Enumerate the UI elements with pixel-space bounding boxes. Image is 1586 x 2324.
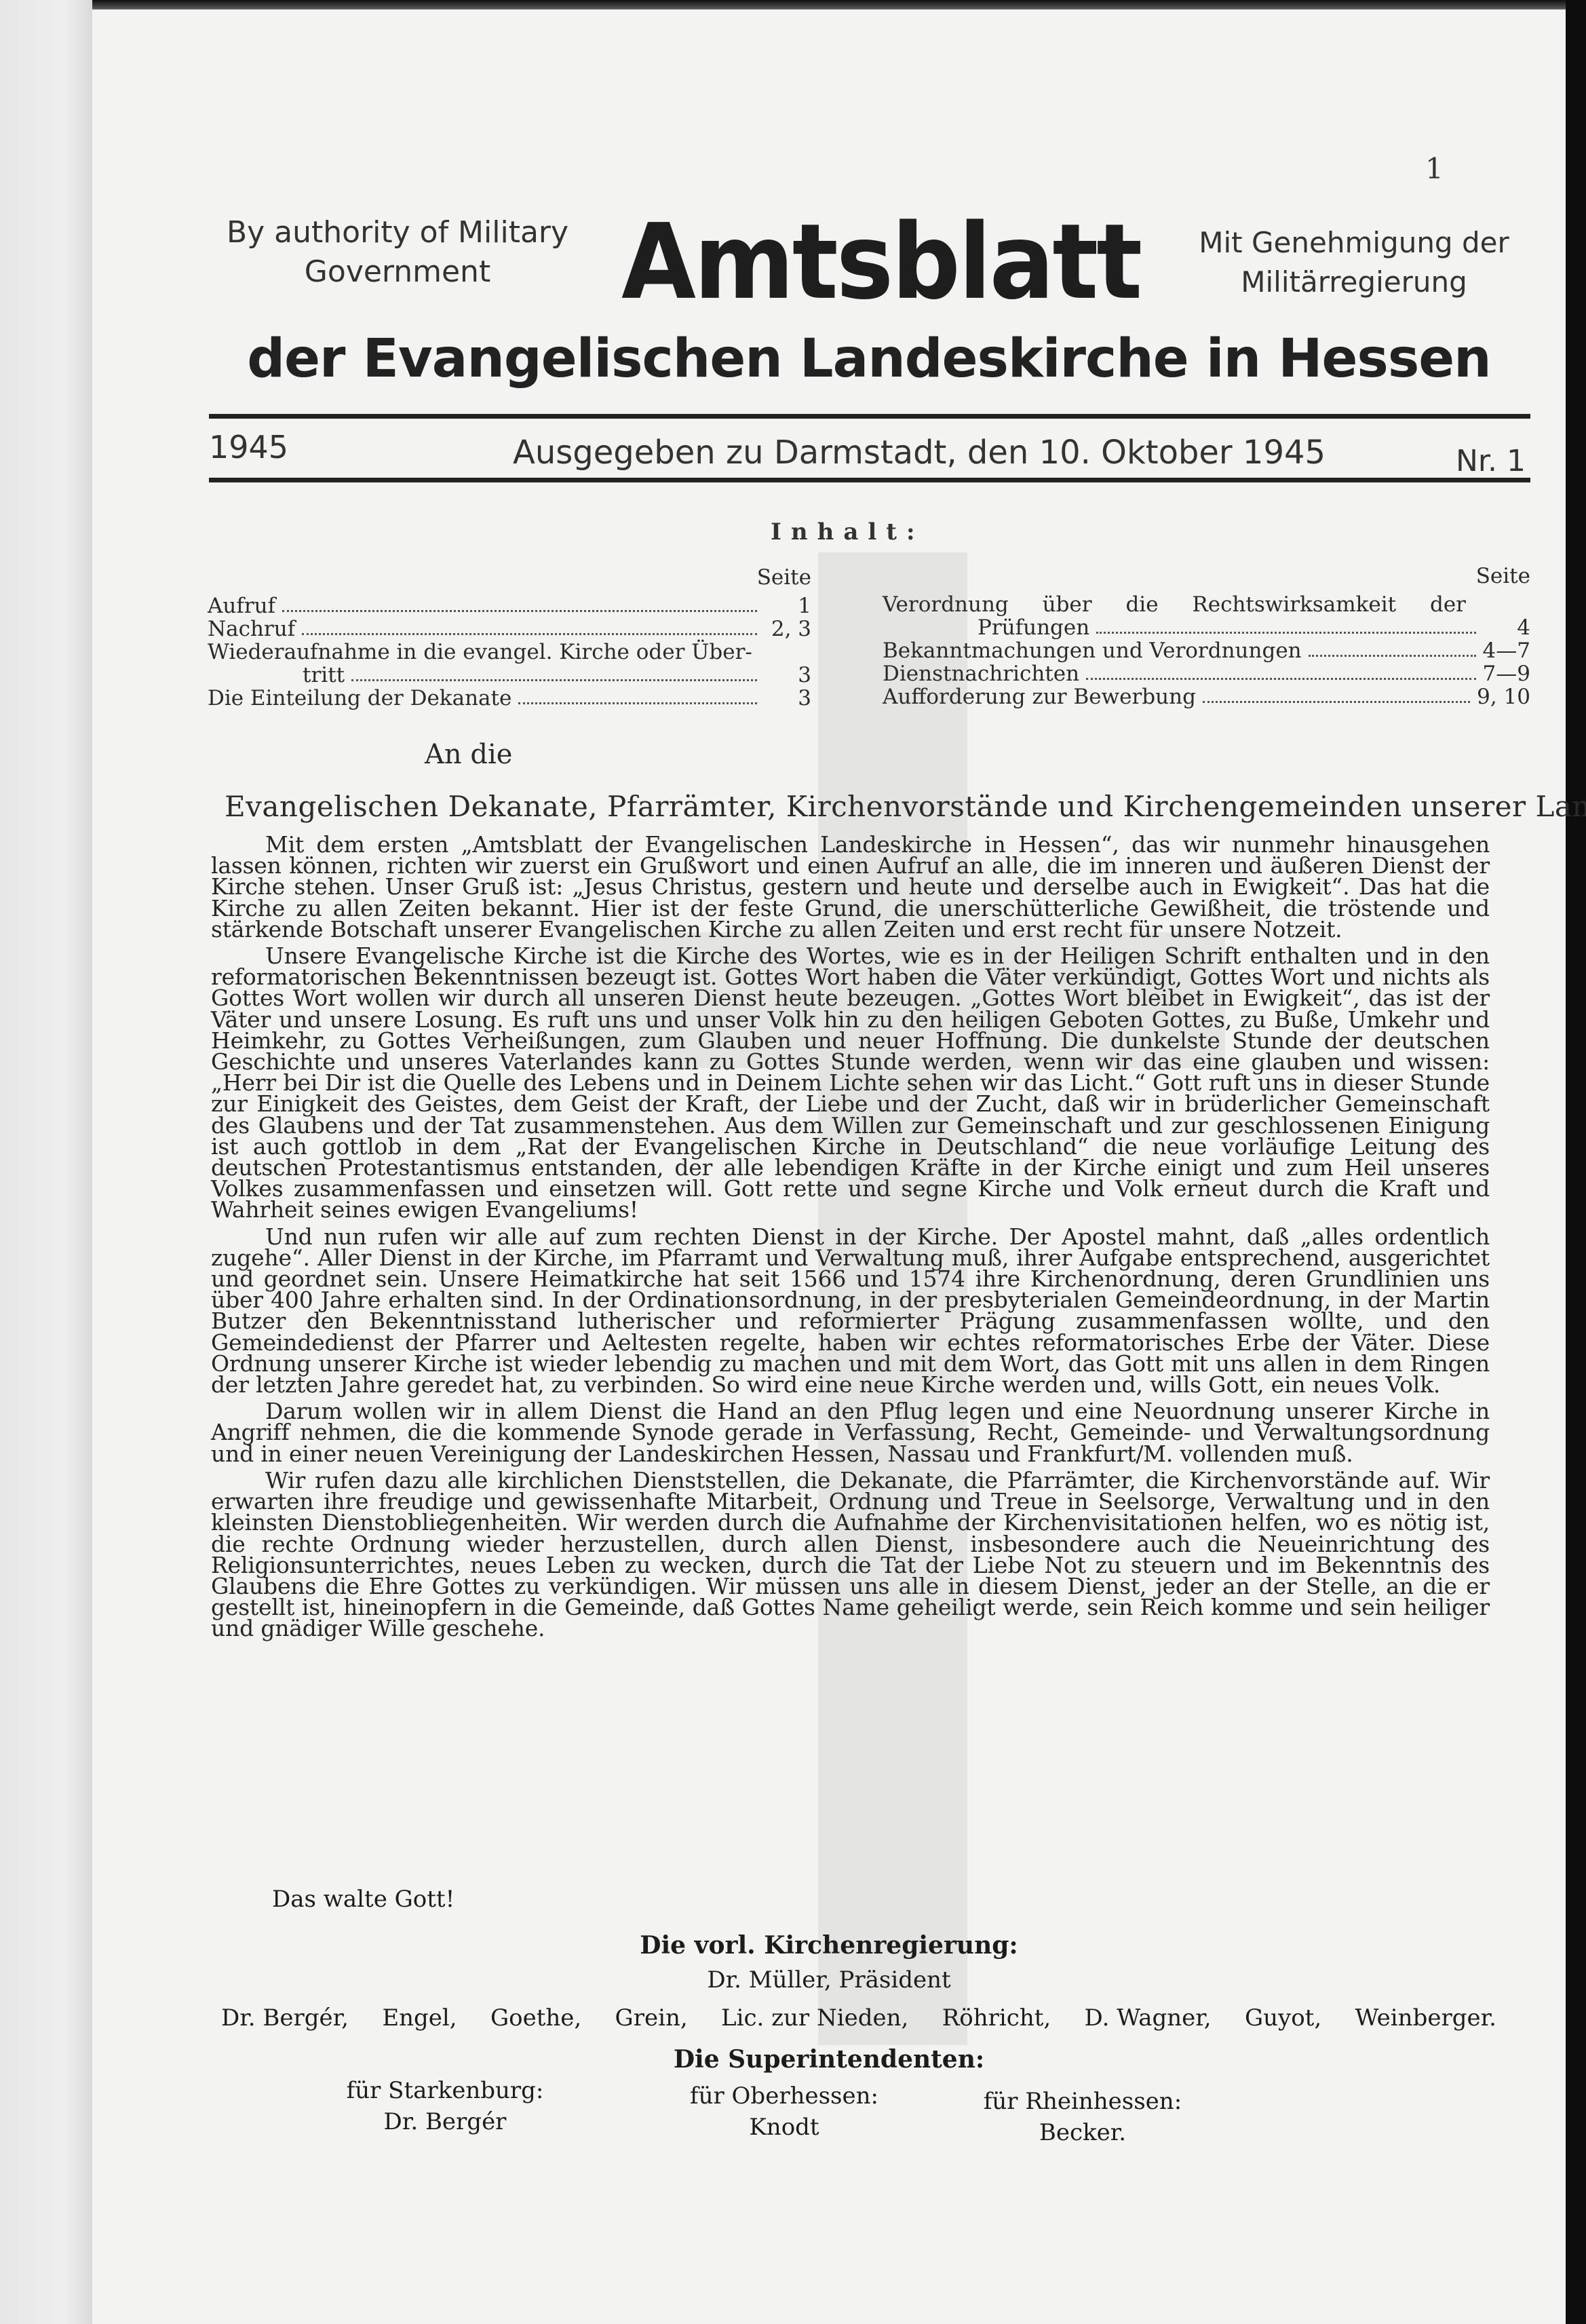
toc-page-label: Seite (208, 566, 811, 589)
toc-entry-page: 4 (1483, 616, 1530, 639)
authority-german-line: Militärregierung (1171, 263, 1537, 302)
toc-leader (518, 702, 757, 704)
toc-entry: Aufforderung zur Bewerbung 9, 10 (883, 685, 1530, 708)
superintendents-heading: Die Superintendenten: (92, 2045, 1566, 2074)
book-right-edge (1566, 0, 1586, 2324)
toc-entry: Verordnung über die Rechtswirksamkeit de… (883, 593, 1530, 639)
toc-entry: Aufruf 1 (208, 594, 811, 617)
toc-entry-continuation: tritt (303, 664, 345, 687)
superintendent-region: für Rheinhessen: (961, 2086, 1205, 2117)
toc-entry-title: Nachruf (208, 617, 295, 641)
superintendent-region: für Oberhessen: (662, 2080, 906, 2112)
member-name: Goethe, (490, 2004, 581, 2032)
member-name: Grein, (615, 2004, 688, 2032)
toc-leader (1309, 655, 1476, 657)
toc-entry-title: Die Einteilung der Dekanate (208, 687, 511, 710)
toc-entry-page: 3 (764, 664, 811, 687)
toc-entry-page: 7—9 (1483, 662, 1530, 685)
address-recipients: Evangelischen Dekanate, Pfarrämter, Kirc… (225, 790, 1520, 823)
body-paragraph: Mit dem ersten „Amtsblatt der Evangelisc… (211, 834, 1490, 940)
toc-entry-page: 3 (764, 687, 811, 710)
superintendent-rheinhessen: für Rheinhessen: Becker. (961, 2086, 1205, 2148)
superintendent-name: Becker. (961, 2117, 1205, 2148)
masthead-title: Amtsblatt (621, 202, 1137, 322)
member-name: Lic. zur Nieden, (721, 2004, 908, 2032)
toc-entry-title: Dienstnachrichten (883, 662, 1079, 685)
toc-entry-title: Bekanntmachungen und Verordnungen (883, 639, 1302, 662)
issue-year: 1945 (209, 429, 288, 465)
toc-leader (302, 633, 757, 635)
member-name: Röhricht, (942, 2004, 1051, 2032)
toc-entry: Bekanntmachungen und Verordnungen 4—7 (883, 639, 1530, 662)
authority-english-line: By authority of Military (208, 213, 587, 252)
superintendent-oberhessen: für Oberhessen: Knodt (662, 2080, 906, 2143)
church-government-heading: Die vorl. Kirchenregierung: (92, 1931, 1566, 1960)
member-name: Dr. Bergér, (221, 2004, 349, 2032)
authority-german-line: Mit Genehmigung der (1171, 223, 1537, 263)
toc-entry-continuation: Prüfungen (978, 616, 1089, 639)
toc-leader (1096, 632, 1476, 634)
superintendent-name: Dr. Bergér (323, 2106, 567, 2137)
member-name: Engel, (382, 2004, 457, 2032)
masthead-subtitle: der Evangelischen Landeskirche in Hessen (208, 328, 1530, 389)
toc-entry-title: Verordnung über die Rechtswirksamkeit de… (883, 593, 1530, 616)
member-name: Guyot, (1245, 2004, 1321, 2032)
toc-leader (282, 610, 757, 612)
masthead-rule-bottom (209, 478, 1530, 482)
issue-line: Ausgegeben zu Darmstadt, den 10. Oktober… (513, 434, 1326, 472)
member-name: Weinberger. (1355, 2004, 1496, 2032)
toc-heading: Inhalt: (771, 518, 925, 546)
toc-page-label: Seite (883, 565, 1530, 588)
superintendent-name: Knodt (662, 2112, 906, 2143)
toc-entry: Dienstnachrichten 7—9 (883, 662, 1530, 685)
letter-body: Mit dem ersten „Amtsblatt der Evangelisc… (211, 834, 1490, 1645)
toc-entry: Wiederaufnahme in die evangel. Kirche od… (208, 641, 811, 687)
government-members: Dr. Bergér, Engel, Goethe, Grein, Lic. z… (221, 2004, 1496, 2032)
toc-entry: Die Einteilung der Dekanate 3 (208, 687, 811, 710)
toc-entry-page: 4—7 (1483, 639, 1530, 662)
issue-number: Nr. 1 (1456, 444, 1526, 478)
superintendent-starkenburg: für Starkenburg: Dr. Bergér (323, 2075, 567, 2137)
closing-blessing: Das walte Gott! (272, 1886, 454, 1913)
toc-entry-page: 2, 3 (764, 617, 811, 641)
masthead-rule-top (209, 414, 1530, 419)
page-number: 1 (1425, 152, 1444, 185)
toc-left-column: Seite Aufruf 1 Nachruf 2, 3 Wiederaufnah… (208, 566, 811, 710)
toc-entry-page: 9, 10 (1477, 685, 1530, 708)
adjacent-page-edge (0, 0, 92, 2324)
authority-english-line: Government (208, 252, 587, 292)
toc-leader (1203, 701, 1470, 703)
superintendent-region: für Starkenburg: (323, 2075, 567, 2106)
authority-english: By authority of Military Government (208, 213, 587, 292)
member-name: D. Wagner, (1085, 2004, 1212, 2032)
toc-entry-title: Aufforderung zur Bewerbung (883, 685, 1196, 708)
body-paragraph: Wir rufen dazu alle kirchlichen Dienstst… (211, 1470, 1490, 1639)
toc-leader (351, 679, 757, 681)
body-paragraph: Unsere Evangelische Kirche ist die Kirch… (211, 945, 1490, 1221)
toc-entry-title: Wiederaufnahme in die evangel. Kirche od… (208, 641, 811, 664)
body-paragraph: Und nun rufen wir alle auf zum rechten D… (211, 1226, 1490, 1396)
address-salutation: An die (425, 739, 512, 770)
body-paragraph: Darum wollen wir in allem Dienst die Han… (211, 1401, 1490, 1464)
toc-entry: Nachruf 2, 3 (208, 617, 811, 641)
president-signature: Dr. Müller, Präsident (92, 1966, 1566, 1994)
toc-entry-title: Aufruf (208, 594, 275, 617)
toc-right-column: Seite Verordnung über die Rechtswirksamk… (883, 565, 1530, 708)
toc-leader (1086, 678, 1475, 680)
document-page: 1 By authority of Military Government Am… (92, 9, 1566, 2324)
authority-german: Mit Genehmigung der Militärregierung (1171, 223, 1537, 302)
toc-entry-page: 1 (764, 594, 811, 617)
